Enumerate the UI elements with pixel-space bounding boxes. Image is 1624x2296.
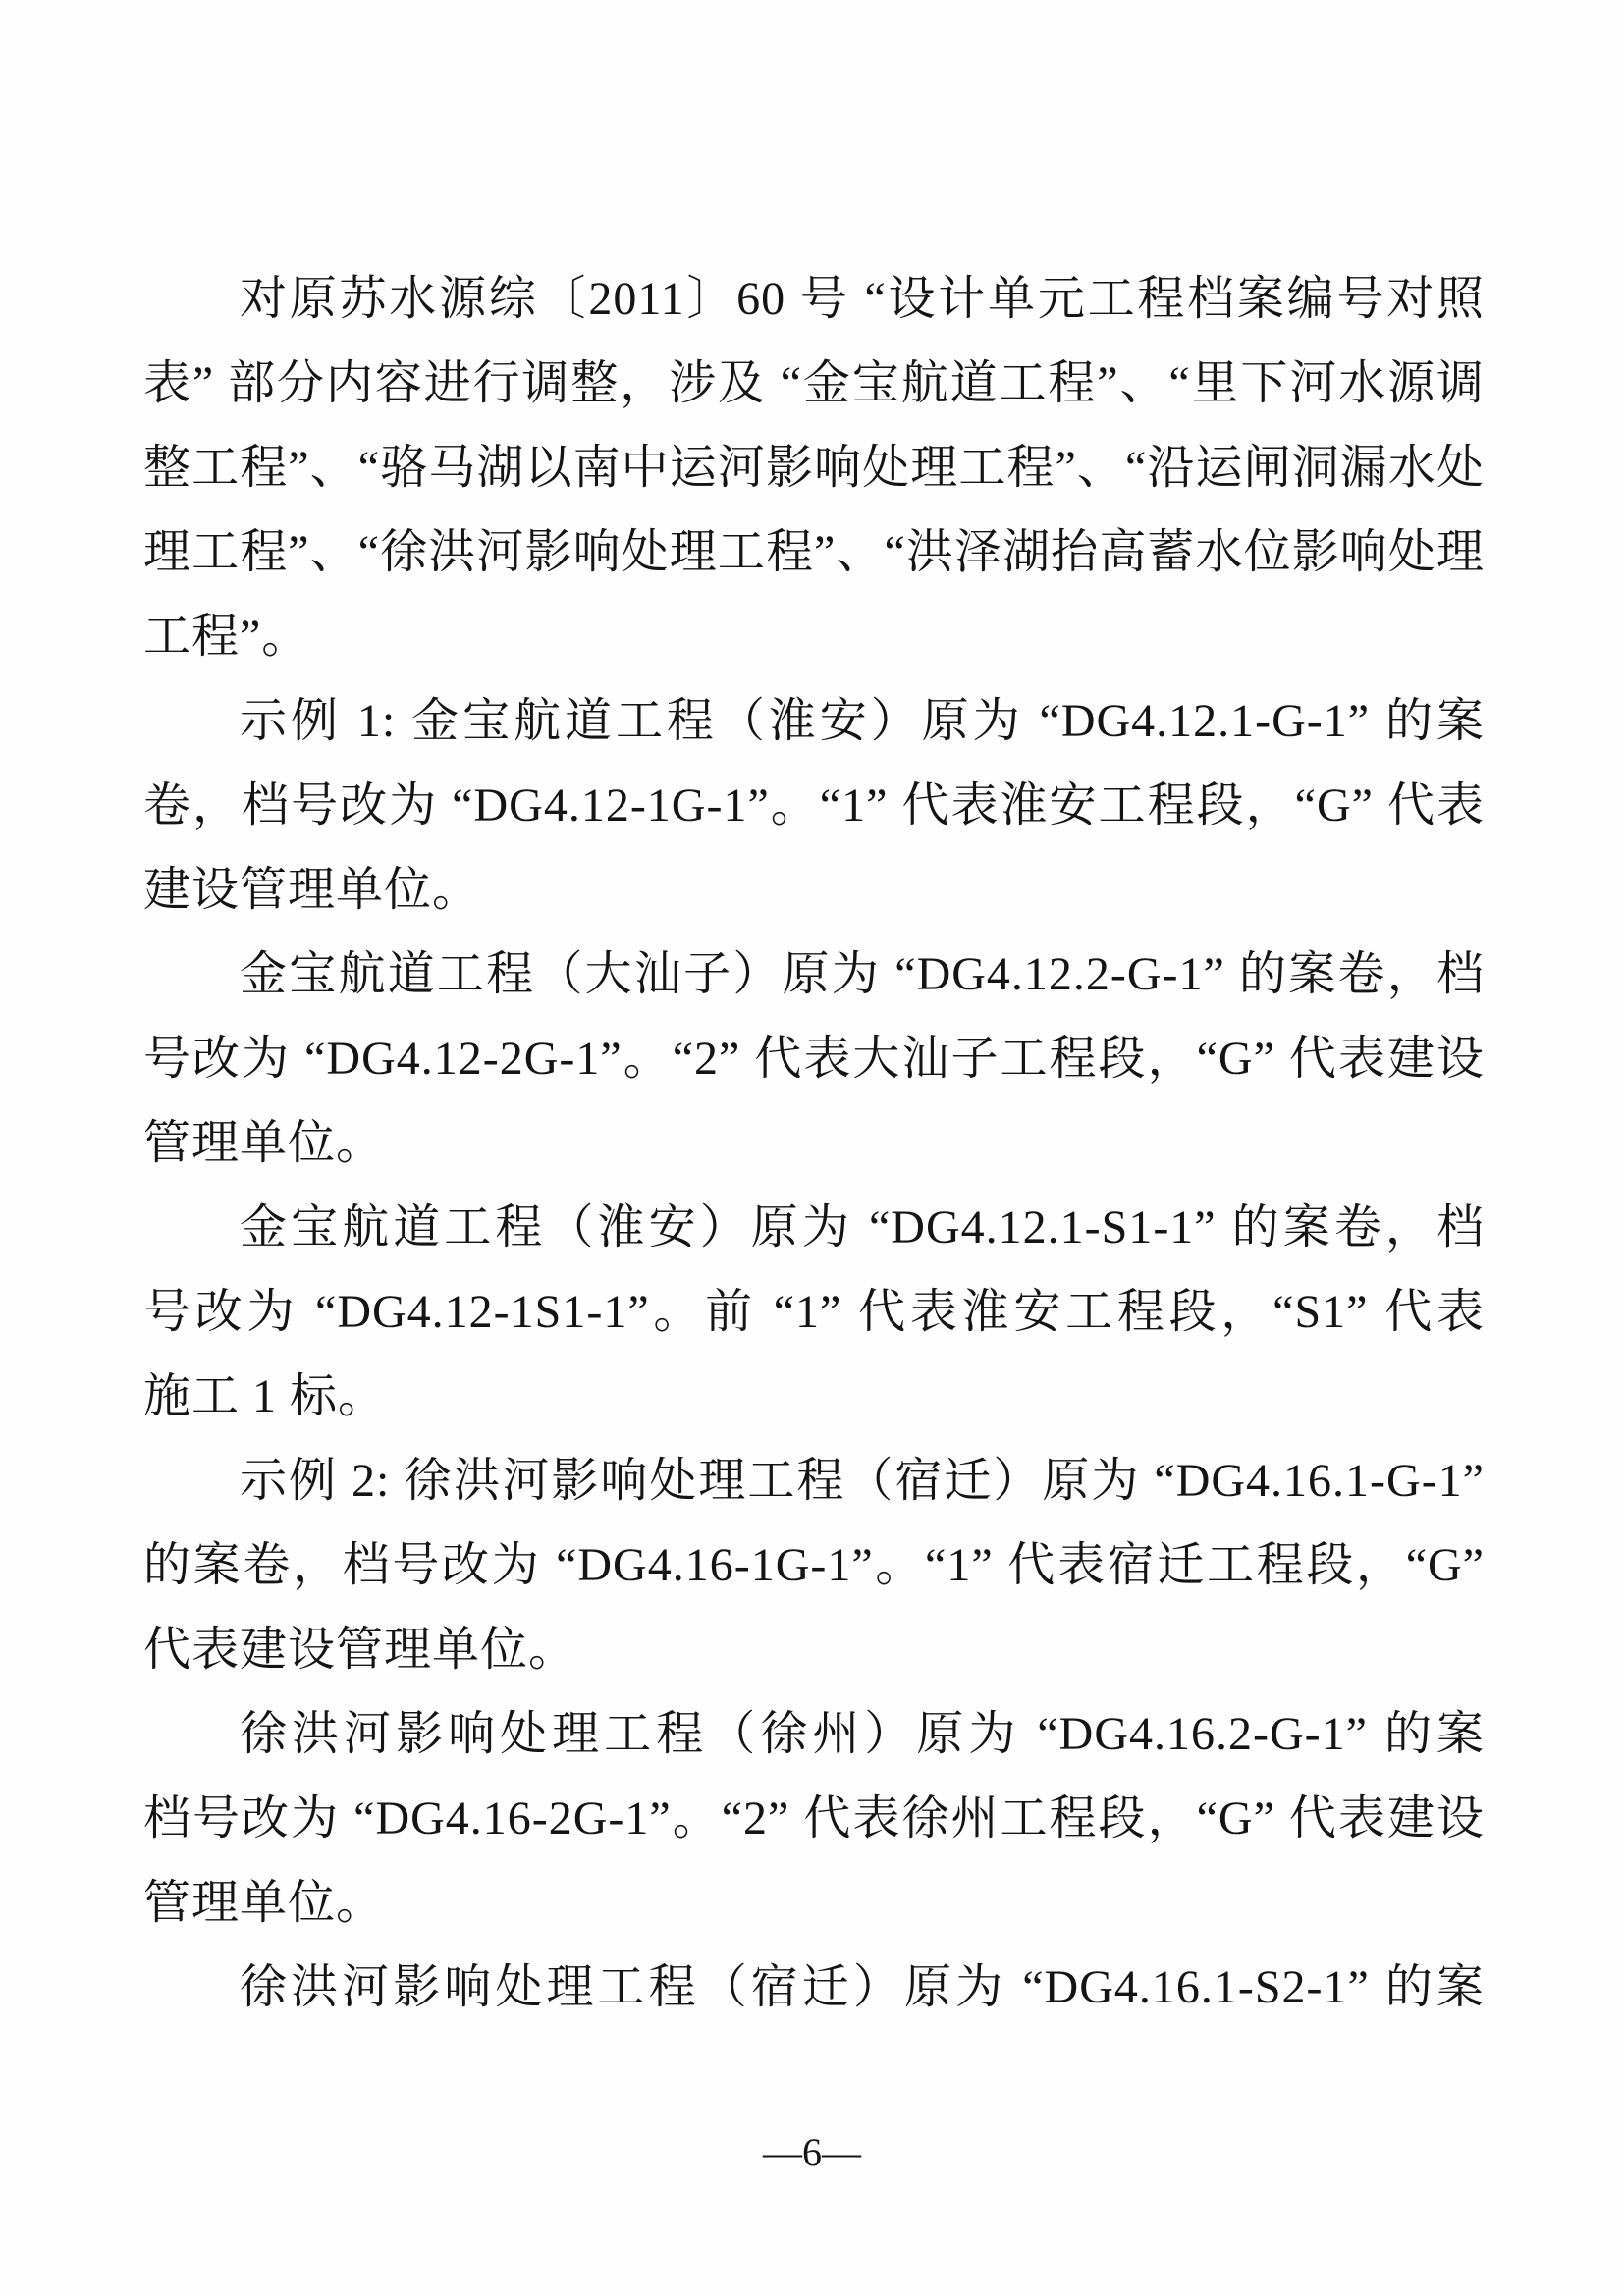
- paragraph-line: 表” 部分内容进行调整，涉及 “金宝航道工程”、“里下河水源调: [143, 342, 1485, 426]
- paragraph-line: 号改为 “DG4.12-1S1-1”。前 “1” 代表淮安工程段，“S1” 代表: [143, 1270, 1485, 1355]
- paragraph-line: 号改为 “DG4.12-2G-1”。“2” 代表大汕子工程段，“G” 代表建设: [143, 1017, 1485, 1101]
- paragraph-line: 徐洪河影响处理工程（徐州）原为 “DG4.16.2-G-1” 的案卷，: [143, 1692, 1485, 1777]
- paragraph-line: 理工程”、“徐洪河影响处理工程”、“洪泽湖抬高蓄水位影响处理: [143, 510, 1485, 595]
- paragraph-line: 管理单位。: [143, 1861, 1485, 1946]
- paragraph-line: 金宝航道工程（大汕子）原为 “DG4.12.2-G-1” 的案卷，档: [143, 933, 1485, 1017]
- paragraph-line: 的案卷，档号改为 “DG4.16-1G-1”。“1” 代表宿迁工程段，“G”: [143, 1523, 1485, 1608]
- paragraph-line: 徐洪河影响处理工程（宿迁）原为 “DG4.16.1-S2-1” 的案: [143, 1946, 1485, 2030]
- paragraph-line: 工程”。: [143, 595, 1485, 679]
- paragraph-line: 管理单位。: [143, 1101, 1485, 1186]
- paragraph-line: 建设管理单位。: [143, 848, 1485, 933]
- paragraph-line: 对原苏水源综〔2011〕60 号 “设计单元工程档案编号对照: [143, 257, 1485, 342]
- paragraph-line: 金宝航道工程（淮安）原为 “DG4.12.1-S1-1” 的案卷，档: [143, 1186, 1485, 1270]
- paragraph-line: 档号改为 “DG4.16-2G-1”。“2” 代表徐州工程段，“G” 代表建设: [143, 1777, 1485, 1861]
- paragraph-line: 示例 1: 金宝航道工程（淮安）原为 “DG4.12.1-G-1” 的案: [143, 679, 1485, 764]
- paragraph-line: 示例 2: 徐洪河影响处理工程（宿迁）原为 “DG4.16.1-G-1”: [143, 1439, 1485, 1523]
- paragraph-line: 施工 1 标。: [143, 1355, 1485, 1439]
- paragraph-line: 卷，档号改为 “DG4.12-1G-1”。“1” 代表淮安工程段，“G” 代表: [143, 764, 1485, 848]
- paragraph-line: 整工程”、“骆马湖以南中运河影响处理工程”、“沿运闸洞漏水处: [143, 426, 1485, 510]
- document-page: 对原苏水源综〔2011〕60 号 “设计单元工程档案编号对照 表” 部分内容进行…: [0, 0, 1624, 2296]
- paragraph-line: 代表建设管理单位。: [143, 1608, 1485, 1692]
- page-number: —6—: [0, 2128, 1624, 2177]
- document-body: 对原苏水源综〔2011〕60 号 “设计单元工程档案编号对照 表” 部分内容进行…: [143, 257, 1485, 2030]
